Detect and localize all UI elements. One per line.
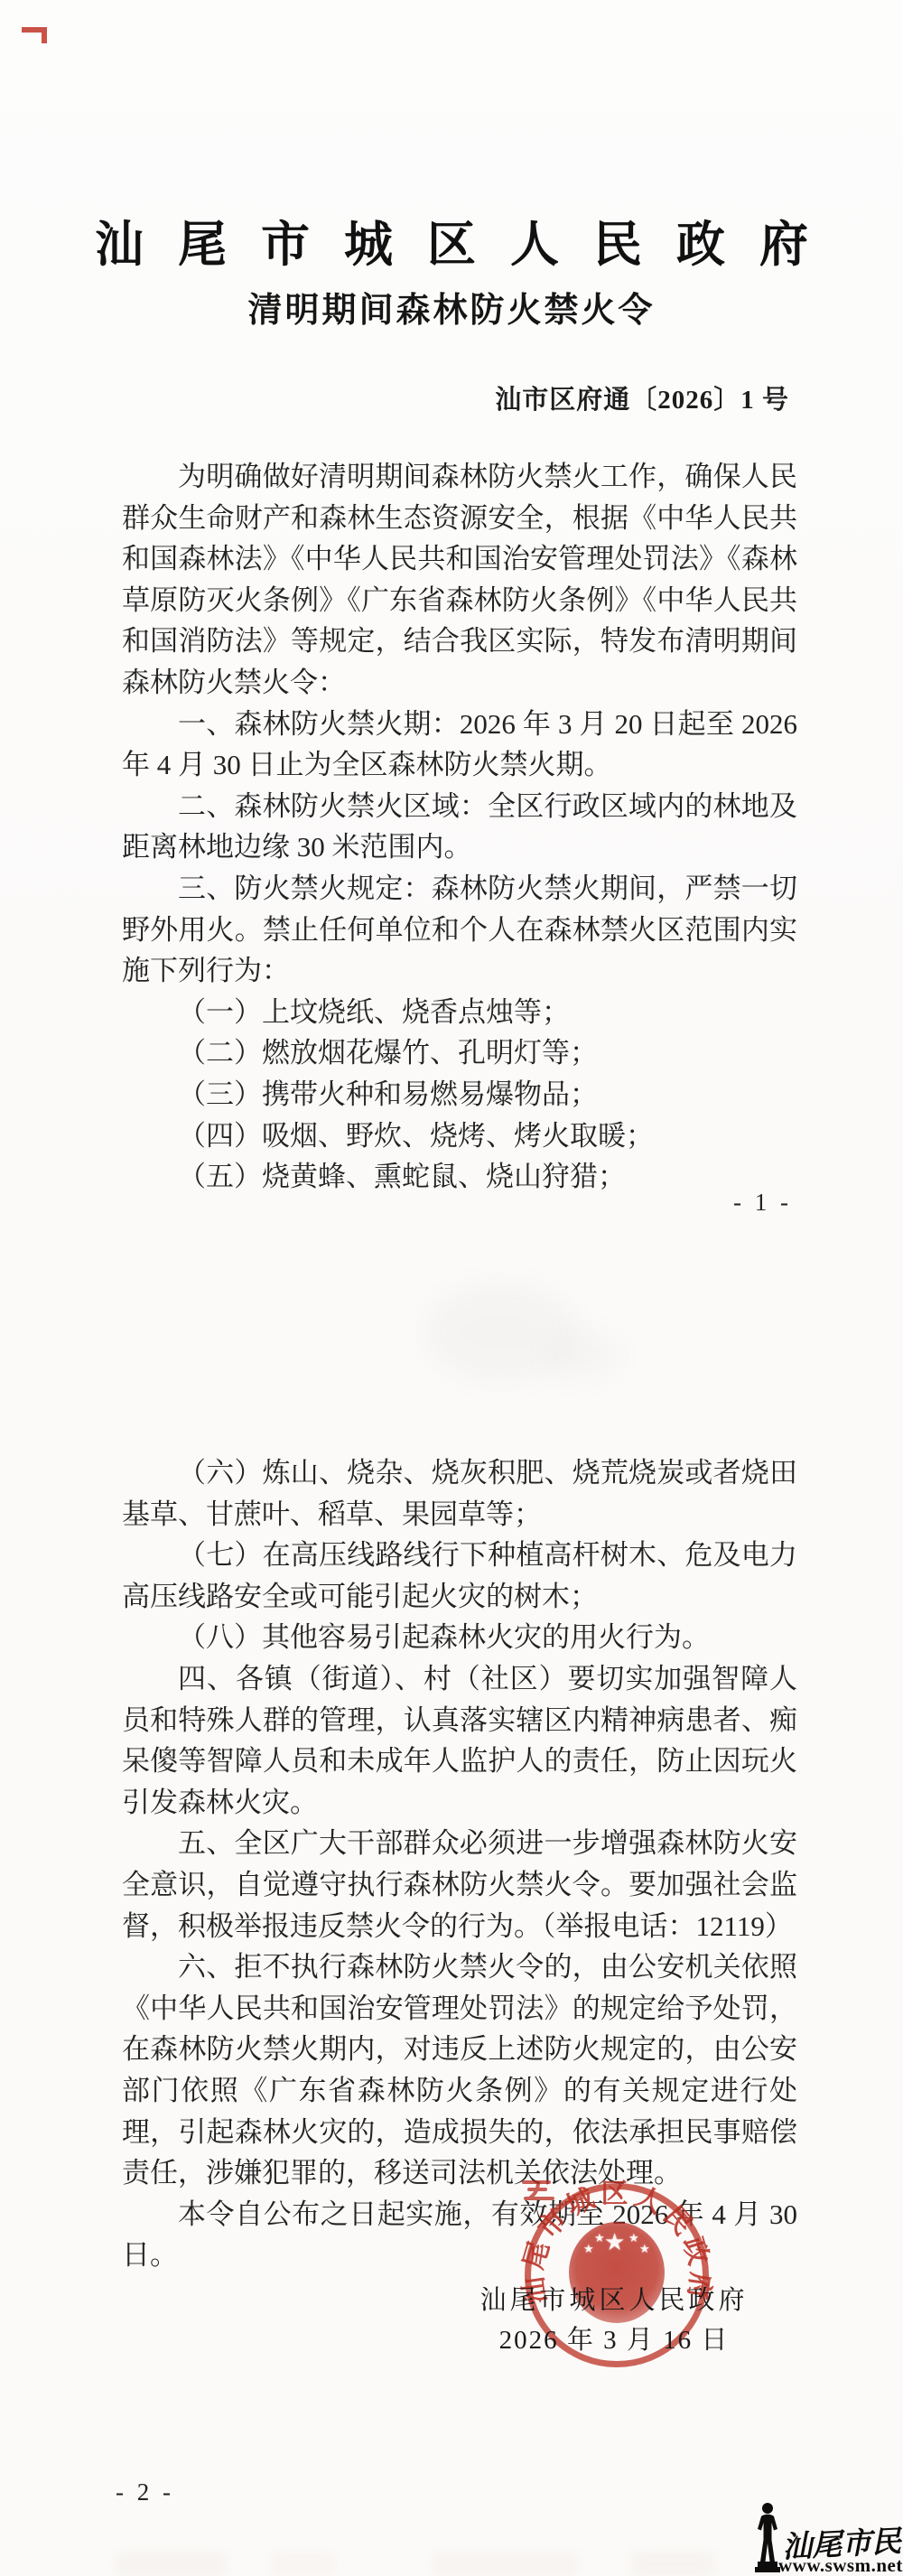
issue-date: 2026 年 3 月 16 日 bbox=[388, 2319, 840, 2357]
document-scan: 汕尾市城区人民政府 清明期间森林防火禁火令 汕市区府通〔2026〕1 号 为明确… bbox=[0, 0, 903, 2576]
red-corner-print-mark bbox=[22, 27, 47, 43]
document-subtitle: 清明期间森林防火禁火令 bbox=[0, 282, 903, 331]
site-watermark: 汕尾市民网 www.swsm.net bbox=[749, 2500, 903, 2576]
scan-smudge bbox=[542, 1328, 623, 1382]
paragraph-item-6: 六、拒不执行森林防火禁火令的，由公安机关依照《中华人民共和国治安管理处罚法》的规… bbox=[122, 1946, 797, 2194]
paragraph-item-4: 四、各镇（街道）、村（社区）要切实加强智障人员和特殊人群的管理，认真落实辖区内精… bbox=[122, 1658, 797, 1823]
paragraph-intro: 为明确做好清明期间森林防火禁火工作，确保人民群众生命财产和森林生态资源安全，根据… bbox=[122, 456, 797, 704]
seal-code-mark bbox=[518, 2177, 558, 2204]
scan-streak bbox=[433, 2553, 578, 2576]
document-number: 汕市区府通〔2026〕1 号 bbox=[495, 379, 789, 416]
list-item-7: （七）在高压线路线行下种植高杆树木、危及电力高压线路安全或可能引起火灾的树木； bbox=[122, 1535, 797, 1617]
list-item-2: （二）燃放烟花爆竹、孔明灯等； bbox=[122, 1032, 797, 1074]
paragraph-item-3: 三、防火禁火规定：森林防火禁火期间，严禁一切野外用火。禁止任何单位和个人在森林禁… bbox=[122, 868, 797, 992]
star-icon: ★ bbox=[639, 2242, 650, 2256]
page1-body: 为明确做好清明期间森林防火禁火工作，确保人民群众生命财产和森林生态资源安全，根据… bbox=[122, 456, 797, 1198]
page1-number: - 1 - bbox=[733, 1189, 792, 1217]
page2-body: （六）炼山、烧杂、烧灰积肥、烧荒烧炭或者烧田基草、甘蔗叶、稻草、果园草等； （七… bbox=[122, 1452, 797, 2276]
scan-streak bbox=[117, 2553, 226, 2576]
list-item-4: （四）吸烟、野炊、烧烤、烤火取暖； bbox=[122, 1115, 797, 1157]
list-item-6: （六）炼山、烧杂、烧灰积肥、烧荒烧炭或者烧田基草、甘蔗叶、稻草、果园草等； bbox=[122, 1452, 797, 1535]
watermark-site-url: www.swsm.net bbox=[778, 2554, 903, 2576]
page2-number: - 2 - bbox=[116, 2478, 174, 2506]
paragraph-item-5: 五、全区广大干部群众必须进一步增强森林防火安全意识，自觉遵守执行森林防火禁火令。… bbox=[122, 1823, 797, 1946]
scan-streak bbox=[271, 2553, 334, 2576]
list-item-8: （八）其他容易引起森林火灾的用火行为。 bbox=[122, 1617, 797, 1658]
star-icon: ★ bbox=[604, 2229, 625, 2256]
list-item-3: （三）携带火种和易燃易爆物品； bbox=[122, 1074, 797, 1115]
issuer-signature: 汕尾市城区人民政府 bbox=[388, 2280, 840, 2317]
scan-streak bbox=[632, 2553, 713, 2576]
star-icon: ★ bbox=[628, 2231, 639, 2245]
star-icon: ★ bbox=[594, 2231, 605, 2245]
paragraph-item-1: 一、森林防火禁火期：2026 年 3 月 20 日起至 2026 年 4 月 3… bbox=[122, 704, 797, 786]
list-item-1: （一）上坟烧纸、烧香点烛等； bbox=[122, 992, 797, 1033]
star-icon: ★ bbox=[583, 2242, 594, 2256]
document-title: 汕尾市城区人民政府 bbox=[0, 206, 903, 275]
paragraph-item-2: 二、森林防火禁火区域：全区行政区域内的林地及距离林地边缘 30 米范围内。 bbox=[122, 786, 797, 868]
list-item-5: （五）烧黄蜂、熏蛇鼠、烧山狩猎； bbox=[122, 1156, 797, 1198]
